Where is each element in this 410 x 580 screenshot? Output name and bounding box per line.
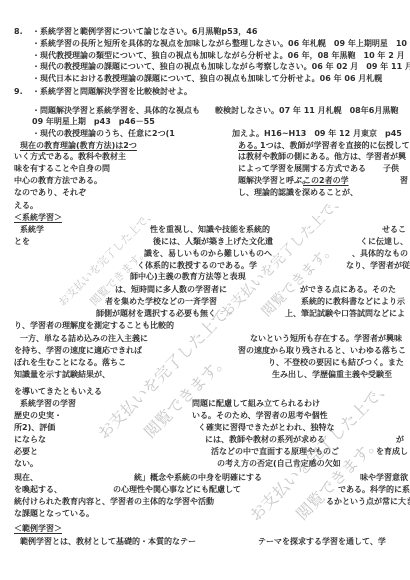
text-fragment: 歴史の史実・ bbox=[14, 412, 62, 420]
text-fragment: いく方式である。教科や教材主 bbox=[14, 153, 126, 161]
text-fragment: にならな bbox=[14, 436, 46, 444]
text-fragment: 8. bbox=[14, 28, 23, 36]
text-fragment: 系統的に教科書などにより示 bbox=[301, 298, 405, 306]
text-fragment: るかという点が常に大き bbox=[326, 498, 410, 506]
text-fragment: 系統学習の学習 bbox=[20, 400, 76, 408]
text-fragment: 現在の教育理論(教育方法)は2つ bbox=[20, 142, 137, 150]
text-fragment: ＜範例学習＞ bbox=[14, 525, 62, 533]
text-fragment: ・現代日本における教授理論の課題について、独自の視点も加味して分析せよ。06 年… bbox=[32, 75, 382, 83]
text-fragment: 識を、易しいものから難しいものへ bbox=[144, 250, 272, 258]
text-fragment: 後には、人類が築き上げた文化遺 bbox=[153, 238, 273, 246]
text-fragment: 09 年明星上期 p43 p46－55 bbox=[32, 118, 155, 126]
text-fragment: 系統学 bbox=[20, 226, 44, 234]
text-fragment: なり、学習者が従 bbox=[346, 262, 410, 270]
text-fragment: ＜系統学習＞ bbox=[14, 214, 62, 222]
text-fragment: には、教師や教材の系列が求める bbox=[205, 436, 325, 444]
text-fragment: テーマを探求する学習を通して、学 bbox=[258, 538, 386, 546]
text-fragment: ない。 bbox=[14, 460, 38, 468]
text-fragment: 師中心)主義の教育方法等と表現 bbox=[130, 273, 246, 281]
text-fragment: 知識量を示す試験結果が、 bbox=[14, 371, 110, 379]
text-fragment: いる。そのため、学習者の思考や個性 bbox=[192, 412, 328, 420]
text-fragment: この2者の学 bbox=[303, 177, 349, 185]
text-fragment: 必要と bbox=[14, 448, 38, 456]
text-fragment: を導いてきたともいえる bbox=[14, 388, 102, 396]
text-fragment: ・系統学習の長所と短所を具体的な視点を加味しながら整理しなさい。06 年札幌 0… bbox=[32, 40, 410, 48]
text-fragment: 統付けられた教育内容と、学習者の主体的な学習や活動 bbox=[14, 498, 214, 506]
text-fragment: 問題に配慮して組み立てられるわけ bbox=[192, 400, 320, 408]
text-fragment: ・系統学習と範例学習について論じなさい。6月黒鞄p53，46 bbox=[32, 28, 257, 36]
text-fragment: 習 bbox=[400, 177, 408, 185]
text-fragment: 者を集めた学校などの一斉学習 bbox=[105, 298, 217, 306]
text-fragment: 範例学習とは、教材として基礎的・本質的なテー bbox=[20, 538, 196, 546]
text-fragment: 中心の教育方法である。 bbox=[14, 177, 102, 185]
text-fragment: り、学習者の理解度を測定することも比較的 bbox=[14, 322, 174, 330]
document-text-layer: 8.・系統学習と範例学習について論じなさい。6月黒鞄p53，46・系統学習の長所… bbox=[0, 0, 410, 580]
text-fragment: り、不登校の要因にも結びつく。また bbox=[268, 359, 404, 367]
text-fragment: ができる点にある。そのた bbox=[300, 286, 396, 294]
text-fragment: を持ち、学習の速度に適応できれば bbox=[14, 347, 142, 355]
text-fragment: 9. bbox=[14, 88, 23, 96]
text-fragment: 活などの中で直面する原理やものご bbox=[211, 448, 339, 456]
text-fragment: 一方、単なる詰め込みの注入主義に bbox=[20, 335, 148, 343]
text-fragment: の考え方の否定(自己肯定感の欠如 bbox=[217, 460, 341, 468]
text-fragment: 1つは、教師が学習者を直接的に伝授して bbox=[260, 142, 410, 150]
text-fragment: く確実に習得できたがとわれ、独特な bbox=[198, 424, 334, 432]
text-fragment: を喚起する、 bbox=[14, 486, 62, 494]
text-fragment: 性を重視し、知識や技能を系統的 bbox=[150, 226, 270, 234]
text-fragment: である。科学的に系 bbox=[338, 486, 410, 494]
text-fragment: く体系的に教授するのである。学 bbox=[137, 262, 257, 270]
text-fragment: 味を有することや自身の問 bbox=[14, 165, 110, 173]
text-fragment: は、短時間に多人数の学習者に bbox=[115, 286, 227, 294]
text-fragment: な課題となっている。 bbox=[14, 510, 94, 518]
text-fragment: くに伝達し、 bbox=[360, 238, 408, 246]
text-fragment: によって学習を展開する方式である bbox=[238, 165, 366, 173]
text-fragment: 味や学習意欲 bbox=[360, 474, 408, 482]
text-fragment: は教材や教師の側にある。他方は、学習者が興 bbox=[238, 153, 406, 161]
text-fragment: 較検討しなさい。07 年 11 月札幌 08年6月黒鞄 bbox=[215, 107, 398, 115]
text-fragment: 題解決学習と呼ぶ。 bbox=[238, 177, 310, 185]
text-fragment: ある。 bbox=[238, 142, 262, 150]
text-fragment: ・現代教授理論の類型について、独自の視点も加味しながら分析せよ。06 年，08 … bbox=[32, 52, 410, 60]
text-fragment: ・系統学習と問題解決学習を比較検討せよ。 bbox=[32, 88, 192, 96]
text-fragment: が bbox=[396, 436, 404, 444]
text-fragment: 統」概念や系統の中身を明確にする bbox=[134, 474, 262, 482]
text-fragment: 加えよ。H16~H13 09 年 12 月東京 p45 bbox=[232, 130, 402, 138]
text-fragment: える。 bbox=[14, 202, 38, 210]
text-fragment: 習の速度から取り残されると、いわゆる落ちこ bbox=[238, 347, 406, 355]
text-fragment: ・現代の教授理論の課題について、独自の視点も加味しながら考察しなさい。06 年 … bbox=[32, 63, 410, 71]
text-fragment: ぼれを生むことになる。落ちこ bbox=[14, 359, 126, 367]
text-fragment: 所2)、評価 bbox=[14, 424, 55, 432]
text-fragment: 師側が題材を選択する必要も無く bbox=[96, 310, 216, 318]
text-fragment: し、理論的認識を深めることが、 bbox=[238, 189, 358, 197]
text-fragment: ないという短所も存在する。学習者が興味 bbox=[250, 335, 402, 343]
text-fragment: 、具体的なもの bbox=[352, 250, 408, 258]
text-fragment: とを bbox=[14, 238, 30, 246]
text-fragment: 子供 bbox=[383, 165, 399, 173]
document-page: 8.・系統学習と範例学習について論じなさい。6月黒鞄p53，46・系統学習の長所… bbox=[0, 0, 410, 580]
text-fragment: ・現代の教授理論のうち、任意に2つ(1 bbox=[32, 130, 175, 138]
text-fragment: ・問題解決学習と系統学習を、具体的な視点も bbox=[32, 107, 200, 115]
text-fragment: なのであり、それぞ bbox=[14, 189, 86, 197]
text-fragment: 現在、 bbox=[14, 474, 38, 482]
text-fragment: 生み出し、学歴偏重主義や受験至 bbox=[272, 371, 392, 379]
text-fragment: を育成し bbox=[376, 448, 408, 456]
text-fragment: せるこ bbox=[382, 226, 406, 234]
text-fragment: 上、筆記試験や口答試問などによ bbox=[285, 310, 405, 318]
text-fragment: の心理性や関心事などにも配慮して bbox=[113, 486, 241, 494]
